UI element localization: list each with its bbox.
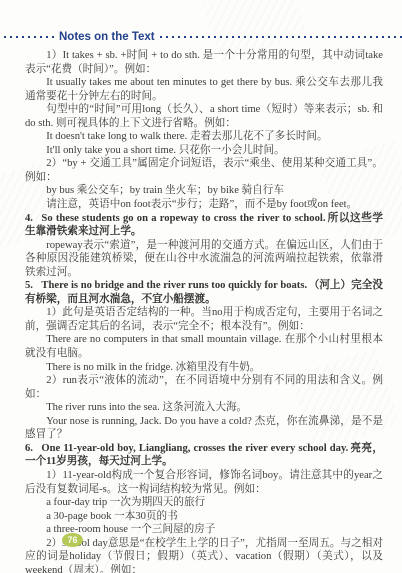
note-paragraph: 1）It takes + sb. +时间 + to do sth. 是一个十分常… (25, 49, 383, 76)
note-paragraph: 句型中的“时间”可用long（长久）、a short time（短时）等来表示；… (25, 103, 383, 130)
note-paragraph: 1）11-year-old构成一个复合形容词，修饰名词boy。请注意其中的yea… (25, 469, 383, 496)
example-sentence: It'll only take you a short time. 只花你一小会… (25, 144, 383, 158)
page-number-badge: 76 (62, 533, 83, 547)
textbook-page: Notes on the Text 1）It takes + sb. +时间 +… (0, 0, 402, 573)
example-sentence: a 30-page book 一本30页的书 (25, 510, 383, 524)
item-english: There is no bridge and the river runs to… (41, 280, 307, 291)
item-english: So these students go on a ropeway to cro… (41, 213, 325, 224)
example-sentence: by bus 乘公交车；by train 坐火车；by bike 骑自行车 (25, 184, 383, 198)
example-sentence: There are no computers in that small mou… (25, 333, 383, 360)
item-english: One 11-year-old boy, Liangliang, crosses… (41, 443, 348, 454)
example-sentence: There is no milk in the fridge. 冰箱里没有牛奶。 (25, 361, 383, 375)
example-sentence: The river runs into the sea. 这条河流入大海。 (25, 401, 383, 415)
example-sentence: It doesn't take long to walk there. 走着去那… (25, 130, 383, 144)
notes-body: 1）It takes + sb. +时间 + to do sth. 是一个十分常… (25, 49, 383, 573)
numbered-item-4: 4.So these students go on a ropeway to c… (25, 212, 383, 239)
example-sentence: It usually takes me about ten minutes to… (25, 76, 383, 103)
note-paragraph: 1）此句是英语否定结构的一种。当no用于构成否定句，主要用于名词之前，强调否定其… (25, 306, 383, 333)
section-header: Notes on the Text (4, 30, 402, 44)
item-number: 4. (25, 213, 33, 224)
numbered-item-6: 6.One 11-year-old boy, Liangliang, cross… (25, 442, 383, 469)
section-title: Notes on the Text (59, 31, 155, 43)
note-paragraph: 2）“by + 交通工具”属固定介词短语，表示“乘坐、使用某种交通工具”。例如： (25, 157, 383, 184)
item-number: 6. (25, 443, 33, 454)
item-number: 5. (25, 280, 33, 291)
example-sentence: Your nose is running, Jack. Do you have … (25, 415, 383, 442)
note-paragraph: 2）run表示“液体的流动”，在不同语境中分别有不同的用法和含义。例如： (25, 374, 383, 401)
note-paragraph: 请注意，英语中on foot表示“步行；走路”，而不是by foot或on fe… (25, 198, 383, 212)
example-sentence: a four-day trip 一次为期四天的旅行 (25, 496, 383, 510)
dotted-rule-left (4, 36, 54, 38)
numbered-item-5: 5.There is no bridge and the river runs … (25, 279, 383, 306)
note-paragraph: ropeway表示“索道”，是一种渡河用的交通方式。在偏远山区，人们由于各种原因… (25, 239, 383, 280)
dotted-rule-right (160, 36, 402, 38)
